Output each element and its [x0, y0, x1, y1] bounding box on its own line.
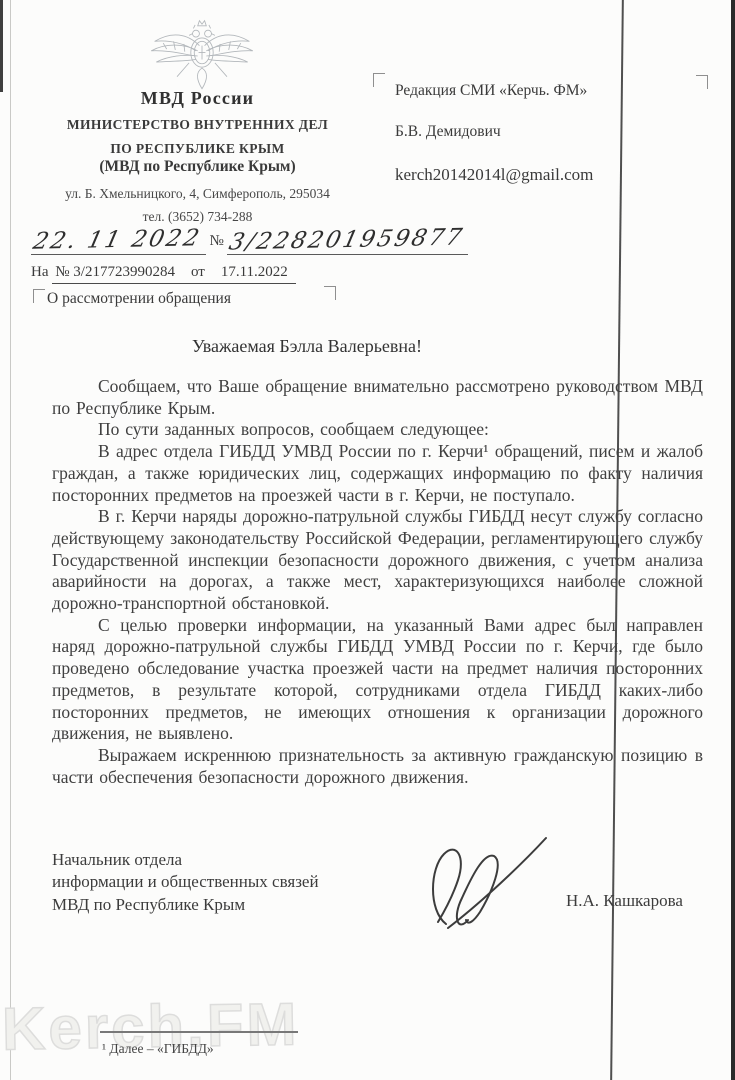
recipient-email: kerch20142014l@gmail.com [395, 165, 593, 185]
number-sign: № [210, 233, 224, 250]
body-paragraph: В адрес отдела ГИБДД УМВД России по г. К… [52, 441, 703, 506]
footnote-text: ¹ Далее – «ГИБДД» [102, 1041, 214, 1057]
reference-of-word: от [191, 264, 205, 280]
signer-position-line-3: МВД по Республике Крым [52, 894, 245, 917]
reference-number: № 3/217723990284 [55, 264, 175, 280]
recipient-organization: Редакция СМИ «Керчь. ФМ» [395, 82, 587, 100]
org-short-name: МВД России [25, 88, 370, 109]
org-paren-name: (МВД по Республике Крым) [25, 158, 370, 176]
scan-edge-left [0, 0, 3, 92]
scanned-letter-page: МВД России МИНИСТЕРСТВО ВНУТРЕННИХ ДЕЛ П… [0, 0, 735, 1080]
handwritten-signature-icon [418, 834, 553, 939]
reference-prefix: На [31, 264, 49, 280]
subject-corner-bracket-left [33, 289, 45, 303]
body-paragraph: Сообщаем, что Ваше обращение внимательно… [52, 376, 703, 419]
recipient-corner-bracket-right [696, 75, 708, 89]
recipient-corner-bracket-left [373, 73, 385, 87]
ministry-line-1: МИНИСТЕРСТВО ВНУТРЕННИХ ДЕЛ [25, 117, 370, 133]
handwritten-date: 22. 11 2022 [31, 227, 206, 255]
signer-position-line-2: информации и общественных связей [52, 871, 319, 894]
body-paragraph: В г. Керчи наряды дорожно-патрульной слу… [52, 506, 703, 615]
recipient-person: Б.В. Демидович [395, 123, 501, 141]
salutation: Уважаемая Бэлла Валерьевна! [192, 336, 422, 357]
body-paragraph: По сути заданных вопросов, сообщаем след… [52, 419, 703, 441]
org-phone: тел. (3652) 734-288 [25, 209, 370, 225]
signer-name: Н.А. Кашкарова [566, 891, 683, 911]
reference-underlined-group: № 3/217723990284от17.11.2022 [52, 264, 296, 284]
body-paragraph: Выражаем искреннюю признательность за ак… [52, 745, 703, 788]
signer-position-line-1: Начальник отдела [52, 849, 182, 872]
incoming-reference-line: На № 3/217723990284от17.11.2022 [31, 264, 296, 284]
scan-edge-right [731, 0, 735, 1080]
reference-date: 17.11.2022 [221, 264, 288, 280]
body-paragraph: С целью проверки информации, на указанны… [52, 615, 703, 745]
ministry-line-2: ПО РЕСПУБЛИКЕ КРЫМ [25, 141, 370, 157]
footnote-rule [100, 1031, 298, 1033]
handwritten-outgoing-number: 3/228201959877 [227, 227, 468, 255]
subject-line: О рассмотрении обращения [47, 290, 231, 308]
subject-corner-bracket-right [324, 286, 336, 300]
org-address: ул. Б. Хмельницкого, 4, Симферополь, 295… [25, 186, 370, 202]
outgoing-number-row: 22. 11 2022 № 3/228201959877 [31, 227, 468, 255]
paper-edge-left [10, 0, 11, 1080]
letter-body: Сообщаем, что Ваше обращение внимательно… [52, 376, 703, 788]
